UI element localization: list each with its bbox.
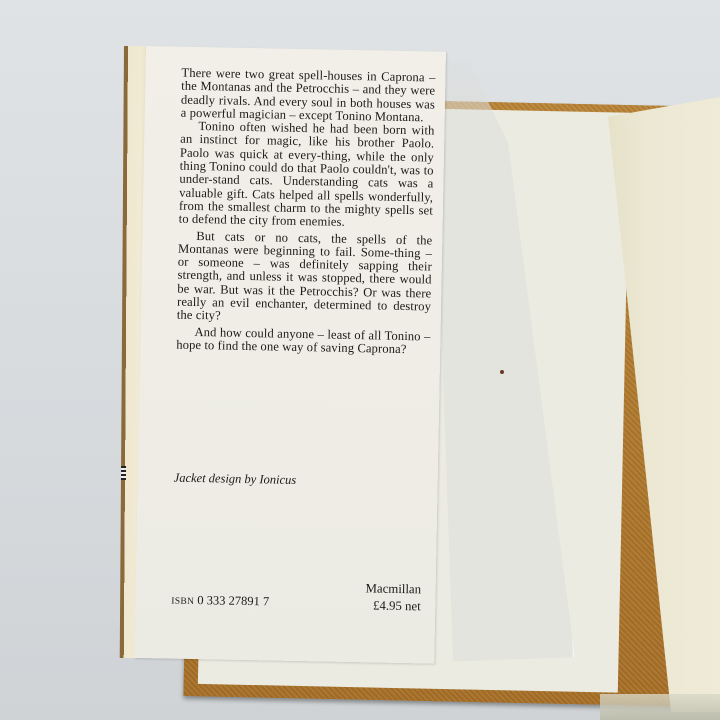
blurb-paragraph: There were two great spell-houses in Cap… <box>181 67 436 125</box>
blurb-paragraph: And how could anyone – least of all Toni… <box>176 325 430 356</box>
publisher-block: Macmillan £4.95 net <box>365 580 421 615</box>
paper-blemish <box>500 370 504 374</box>
spine-stripe-decoration <box>121 466 126 480</box>
jacket-design-credit: Jacket design by Ionicus <box>174 471 297 488</box>
blurb-paragraph: But cats or no cats, the spells of the M… <box>177 229 433 327</box>
plastic-wrap-bottom <box>600 694 720 720</box>
blurb-paragraph: Tonino often wished he had been born wit… <box>179 120 435 231</box>
isbn: ISBN 0 333 27891 7 <box>171 593 269 610</box>
jacket-flap: There were two great spell-houses in Cap… <box>134 46 446 664</box>
publisher-name: Macmillan <box>365 581 421 596</box>
price: £4.95 net <box>365 597 421 615</box>
isbn-number: 0 333 27891 7 <box>197 593 269 608</box>
blurb-text: There were two great spell-houses in Cap… <box>176 67 435 357</box>
isbn-label: ISBN <box>171 597 194 607</box>
